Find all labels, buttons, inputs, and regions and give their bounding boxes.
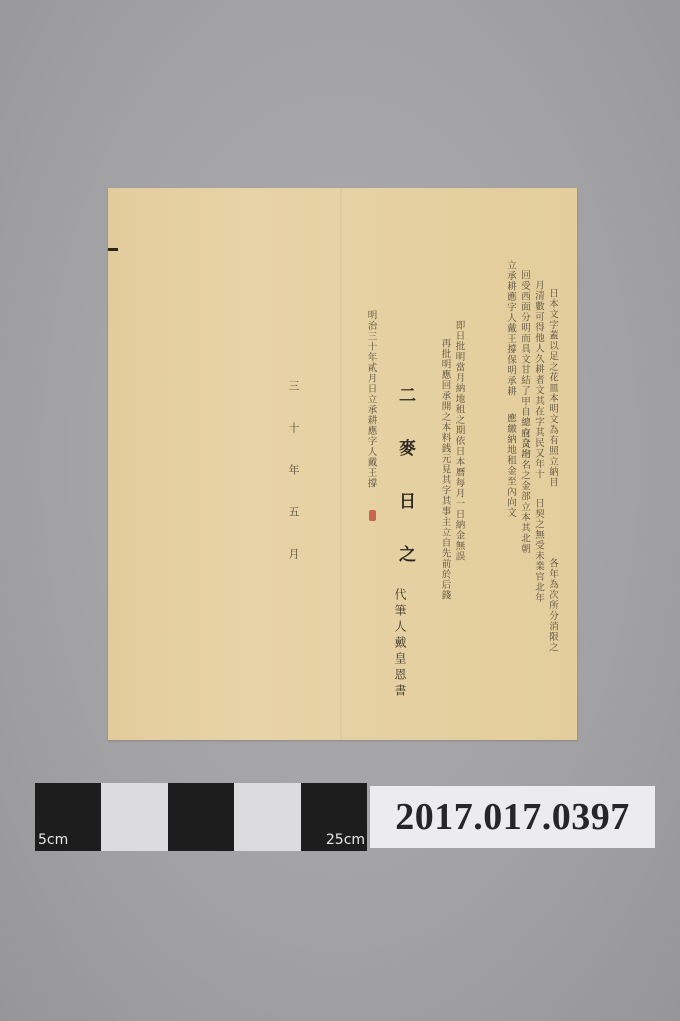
scale-segment: 25cm <box>301 783 367 851</box>
accession-label: 2017.017.0397 <box>370 786 655 848</box>
faint-text-column: 三 十 年 五 月 <box>288 380 299 568</box>
scale-label-right: 25cm <box>326 832 365 848</box>
paper-mark <box>108 248 118 251</box>
red-seal <box>369 510 376 521</box>
historical-document: 立承耕應字人戴王撐保明承耕 回受西面分明而具文甘結了甲自總立合均 月清數可得他人… <box>108 188 577 740</box>
color-scale-bar: 5cm 25cm <box>35 783 367 851</box>
scale-segment: 5cm <box>35 783 101 851</box>
text-column-8: 各年為次所分消限之 <box>548 558 558 653</box>
text-column-5: 應繳納地租金至內向文 <box>506 413 516 518</box>
scale-segment <box>234 783 300 851</box>
text-column-1: 立承耕應字人戴王撐保明承耕 <box>506 260 516 397</box>
text-column-6: 府又出名之金部立本其北朝 <box>520 428 530 554</box>
large-text-column: 二 麥 日 之 <box>396 386 413 570</box>
text-column-4: 日本文字蓋以足之花皿本明文為有照立納目 <box>548 288 558 488</box>
note-column-1: 即日批明當月納地租之期依日本曆每月一日納金無誤 <box>454 320 464 562</box>
note-column-2: 再批明應回承開之本料銭元見其字其事主立自先前於后錢 <box>440 338 450 601</box>
date-column: 明治三十年貳月日立承耕應字人戴王撐 <box>366 310 376 489</box>
text-column-7: 日契之無受未業官北年 <box>534 498 544 603</box>
accession-number: 2017.017.0397 <box>395 795 630 839</box>
scribe-signature: 代筆人戴皇恩書 <box>394 588 406 700</box>
scale-segment <box>168 783 234 851</box>
text-column-3: 月清數可得他人久耕者文其在字其民又年十 <box>534 280 544 480</box>
scale-segment <box>101 783 167 851</box>
scale-label-left: 5cm <box>38 832 68 848</box>
